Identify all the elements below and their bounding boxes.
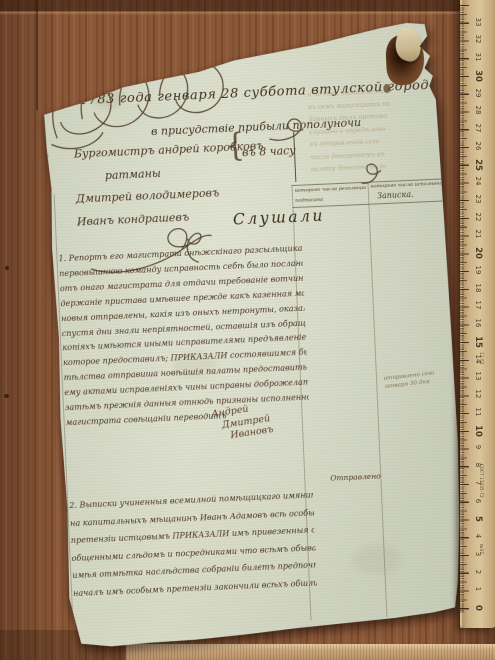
manuscript-paper: 1783 года генваря 28 суббота втулской го… <box>29 21 473 649</box>
ruler-number: 26 <box>474 137 482 155</box>
ruler-number: 30 <box>473 67 483 85</box>
ruler-number: 1 <box>474 580 482 598</box>
ruler-number: 13 <box>474 367 482 385</box>
ruler-article-text: 11-52 <box>478 352 483 365</box>
time-note: въ 8 часу <box>242 144 296 159</box>
ruler-number: 28 <box>474 101 482 119</box>
ruler-number: 21 <box>474 225 482 243</box>
register-col1-header2: подписана <box>295 197 323 204</box>
ruler-number: 18 <box>474 279 482 297</box>
paper-sheet: 1783 года генваря 28 суббота втулской го… <box>29 21 473 649</box>
ruler-number: 10 <box>473 422 483 440</box>
protocol-item-1: 1. Репортъ его магистрата онѣжскінаго ра… <box>58 241 310 430</box>
signature-block: Андрей Дмитрей Ивановъ <box>211 403 274 440</box>
ruler-number: 11 <box>474 403 482 421</box>
time-flourish <box>262 113 309 145</box>
ruler-number: 22 <box>474 208 482 226</box>
ruler-number: 27 <box>474 119 482 137</box>
ruler-number: 19 <box>474 261 482 279</box>
ruler-number: 33 <box>474 13 482 31</box>
ruler-number: 12 <box>474 385 482 403</box>
ruler-number: 31 <box>474 48 482 66</box>
ruler-number: 23 <box>474 190 482 208</box>
ruler-factory-mark: №37 <box>478 544 483 554</box>
ruler-number: 29 <box>474 84 482 102</box>
margin-dispatch-note: отправлено сего генваря 30 дня <box>383 370 435 391</box>
ruler-number: 16 <box>474 314 482 332</box>
ruler-gost-text: ГОСТ 17435-72 <box>478 464 483 498</box>
ruler-number: 4 <box>474 527 482 545</box>
ruler-number: 9 <box>474 438 482 456</box>
ruler-ticks <box>460 5 472 613</box>
ruler-number: 0 <box>473 599 483 617</box>
wooden-ruler: 0123456789101112131415161718192021222324… <box>460 0 495 628</box>
paper-stain <box>351 544 402 576</box>
register-entry: Записка. <box>377 190 414 201</box>
wood-speck <box>5 266 9 270</box>
ruler-cm-ticks <box>460 5 469 613</box>
edge-pen-mark: ⁎ <box>45 151 49 160</box>
register-col1-header: которого числа резолюціа <box>295 185 367 194</box>
ruler-number: 17 <box>474 296 482 314</box>
wood-speck <box>4 394 9 398</box>
section-heading: Слушали <box>233 207 326 229</box>
ruler-number: 20 <box>473 244 483 262</box>
ruler-number: 32 <box>474 30 482 48</box>
ruler-number: 25 <box>473 156 483 174</box>
ruler-number: 5 <box>473 510 483 528</box>
photo-of-manuscript: 1783 года генваря 28 суббота втулской го… <box>0 0 495 660</box>
protocol-item-2: 2. Выписки учиненныя всемилной помѣщицка… <box>69 486 317 602</box>
ruler-number: 15 <box>473 333 483 351</box>
ruler-number: 2 <box>474 563 482 581</box>
light-wood-strip <box>126 644 495 660</box>
annotation-sent: Отправлено <box>330 471 381 482</box>
ruler-number: 24 <box>474 172 482 190</box>
